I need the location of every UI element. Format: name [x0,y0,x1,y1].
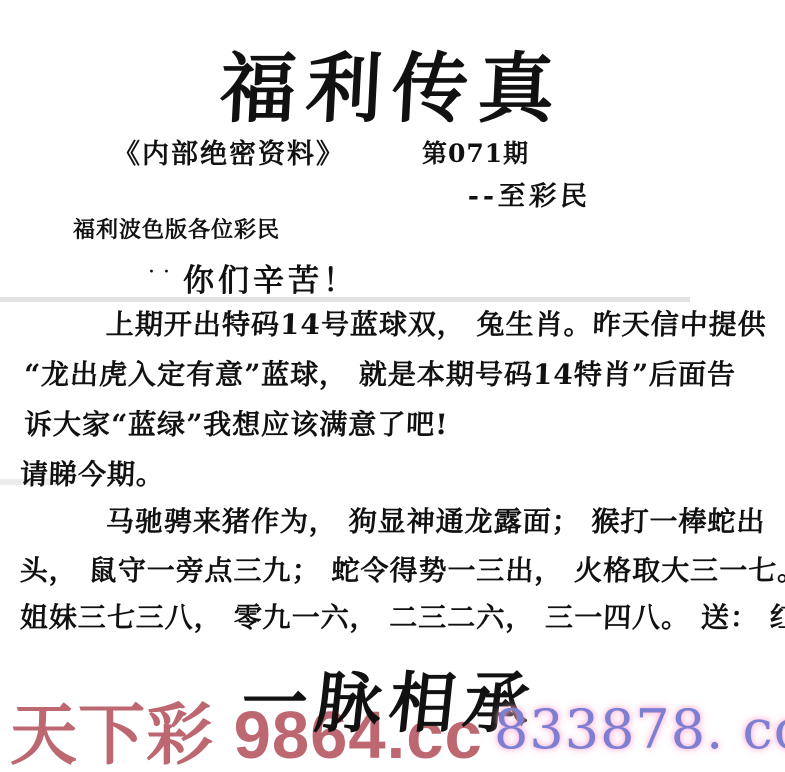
classification-label: 《内部绝密资料》 [113,132,345,171]
audience-line: 福利波色版各位彩民 [73,213,280,244]
lottery-fax-document: 福利传真 《内部绝密资料》 第071期 --至彩民 福利波色版各位彩民 ·· 你… [0,0,785,772]
tips-paragraph-line: 头， 鼠守一旁点三九； 蛇令得势一三出， 火格取大三一七。 [19,549,785,589]
watermark-site-right: 833878. com [494,698,785,761]
tips-paragraph-line: 马驰骋来猪作为， 狗显神通龙露面； 猴打一棒蛇出 [105,500,766,540]
tips-paragraph-line: 姐妹三七三八， 零九一六， 二三二六， 三一四八。 送： 红绿 [19,596,785,636]
review-paragraph-line: 诉大家“蓝绿”我想应该满意了吧! [23,403,449,443]
review-paragraph-line: 上期开出特码14号蓝球双， 兔生肖。昨天信中提供 [105,303,767,343]
ink-dots: ·· [148,260,178,285]
issue-number: 第071期 [422,134,529,170]
greeting-line: 你们辛苦！ [183,255,358,300]
to-readers-line: --至彩民 [467,174,593,213]
review-paragraph-line: 请睇今期。 [19,453,165,493]
review-paragraph-line: “龙出虎入定有意”蓝球， 就是本期号码14特肖”后面告 [23,353,736,393]
page-title: 福利传真 [0,28,785,137]
